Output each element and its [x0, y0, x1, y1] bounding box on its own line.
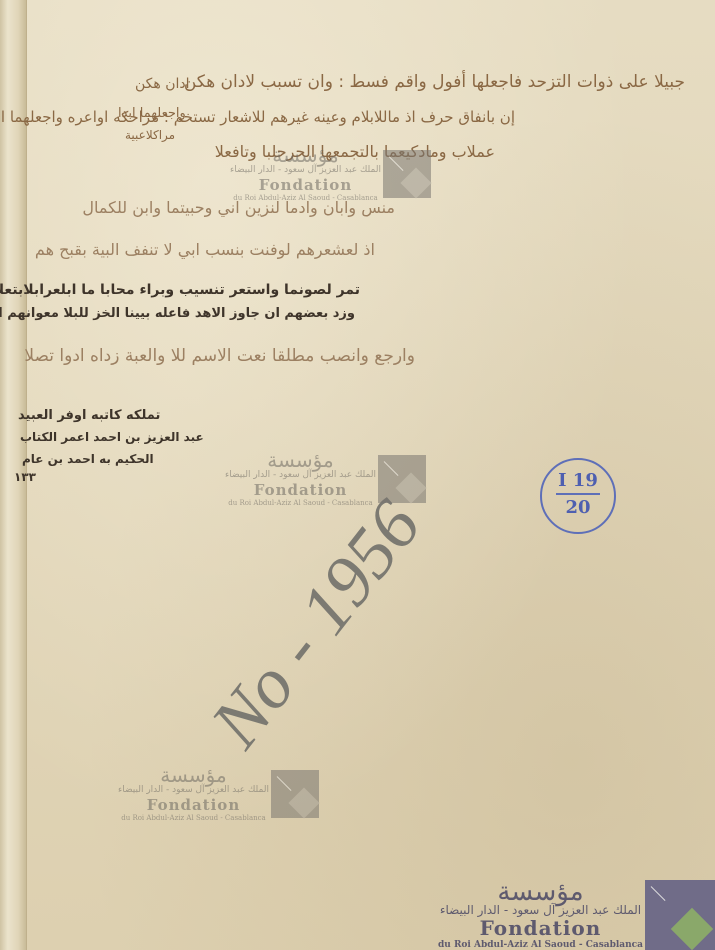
watermark-french-sub: du Roi Abdul-Aziz Al Saoud - Casablanca [230, 194, 381, 202]
watermark-arabic-title: مؤسسة [225, 450, 376, 470]
watermark-top: مؤسسة الملك عبد العزيز آل سعود - الدار ا… [230, 145, 431, 202]
watermark-arabic-sub: الملك عبد العزيز آل سعود - الدار البيضاء [230, 165, 381, 176]
text-line-2: إن بانفاق حرف اذ ماللابلام وعينه غيرهم ل… [0, 108, 515, 126]
watermark-french-title: Fondation [230, 176, 381, 194]
watermark-arabic-title: مؤسسة [438, 879, 643, 905]
watermark-lower: مؤسسة الملك عبد العزيز آل سعود - الدار ا… [118, 765, 319, 822]
foundation-logo-icon [271, 770, 319, 818]
ownership-line-1: تملكه كاتبه اوفر العبيد [18, 408, 160, 423]
margin-note-2: واجعلهما ابدا [118, 106, 186, 121]
watermark-french-title: Fondation [438, 916, 643, 940]
watermark-arabic-sub: الملك عبد العزيز آل سعود - الدار البيضاء [225, 470, 376, 481]
margin-note-3: مراكلاعبية [125, 128, 175, 142]
text-line-6: تمر لصونما واستعر تنسيب وبراء محابا ما ا… [0, 282, 360, 298]
watermark-french-sub: du Roi Abdul-Aziz Al Saoud - Casablanca [438, 940, 643, 950]
margin-note-1: ادان هكن [135, 76, 190, 92]
manuscript-page: جبيلا على ذوات التزحد فاجعلها أفول واقم … [0, 0, 715, 950]
stamp-bottom: 20 [542, 497, 614, 518]
foundation-logo-icon [383, 150, 431, 198]
watermark-arabic-title: مؤسسة [230, 145, 381, 165]
watermark-arabic-sub: الملك عبد العزيز آل سعود - الدار البيضاء [438, 905, 643, 916]
watermark-arabic-title: مؤسسة [118, 765, 269, 785]
ownership-line-2: عبد العزيز بن احمد اعمر الكتاب [20, 430, 204, 444]
text-line-7: وزد بعضهم ان جاوز الاهد فاعله بيينا الخز… [0, 306, 355, 321]
watermark-middle: مؤسسة الملك عبد العزيز آل سعود - الدار ا… [225, 450, 426, 507]
foundation-corner-logo: مؤسسة الملك عبد العزيز آل سعود - الدار ا… [438, 879, 715, 950]
watermark-french-sub: du Roi Abdul-Aziz Al Saoud - Casablanca [118, 814, 269, 822]
foundation-logo-icon [645, 880, 715, 950]
watermark-french-sub: du Roi Abdul-Aziz Al Saoud - Casablanca [225, 499, 376, 507]
watermark-french-title: Fondation [118, 796, 269, 814]
text-line-1: جبيلا على ذوات التزحد فاجعلها أفول واقم … [184, 72, 685, 92]
stamp-top: I 19 [542, 470, 614, 491]
text-line-5: اذ لعشعرهم لوفنت بنسب ابي لا تنفف البية … [35, 240, 375, 259]
watermark-arabic-sub: الملك عبد العزيز آل سعود - الدار البيضاء [118, 785, 269, 796]
watermark-french-title: Fondation [225, 481, 376, 499]
text-line-8: وارجع وانصب مطلقا نعت الاسم للا والعبة ز… [24, 346, 415, 366]
ownership-line-4: ١٣٣ [14, 470, 36, 484]
foundation-logo-icon [378, 455, 426, 503]
library-stamp: I 19 20 [540, 458, 616, 534]
pencil-inventory-number: No - 1956 [195, 485, 438, 763]
ownership-line-3: الحكيم به احمد بن عام [22, 452, 154, 466]
stamp-divider [556, 493, 600, 495]
